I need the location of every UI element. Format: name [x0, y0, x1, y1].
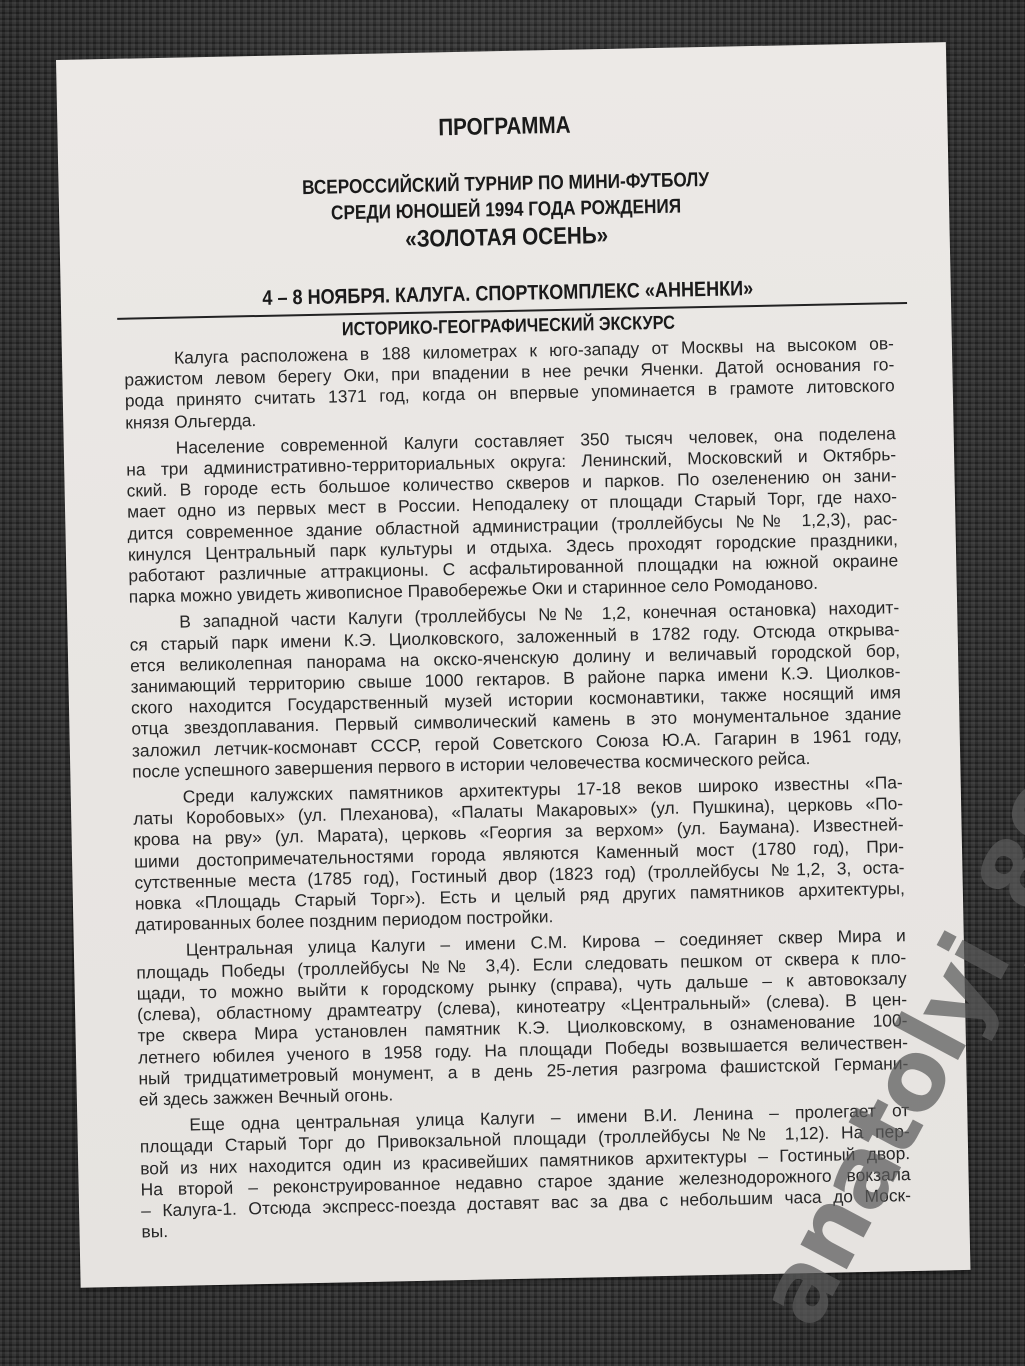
paragraph: Среди калужских памятников архитектуры 1… [133, 772, 906, 936]
paragraph: Еще одна центральная улица Калуги – имен… [139, 1100, 911, 1243]
paragraph: В западной части Калуги (троллейбусы №№ … [129, 598, 902, 783]
dates-venue: 4 – 8 НОЯБРЯ. КАЛУГА. СПОРТКОМПЛЕКС «АНН… [176, 274, 839, 313]
paragraph: Калуга расположена в 188 километрах к юг… [124, 333, 896, 433]
document-title: ПРОГРАММА [173, 106, 836, 147]
paragraph: Население современной Калуги составляет … [126, 423, 899, 608]
program-sheet: ПРОГРАММА ВСЕРОССИЙСКИЙ ТУРНИР ПО МИНИ-Ф… [56, 42, 970, 1288]
body-text: Калуга расположена в 188 километрах к юг… [124, 333, 912, 1243]
document-content: ПРОГРАММА ВСЕРОССИЙСКИЙ ТУРНИР ПО МИНИ-Ф… [119, 105, 911, 1248]
paragraph: Центральная улица Калуги – имени С.М. Ки… [136, 926, 909, 1111]
